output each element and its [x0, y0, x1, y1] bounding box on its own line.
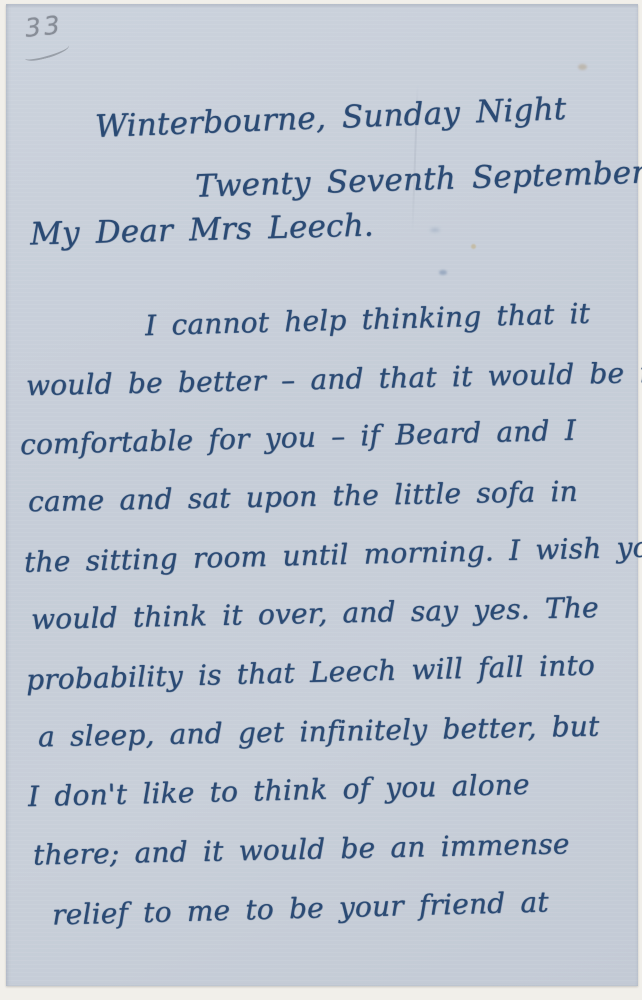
archival-page-number: 33	[24, 10, 65, 43]
body-line: probability is that Leech will fall into	[26, 649, 596, 697]
pencil-underline-flourish	[23, 41, 71, 64]
body-line: would be better – and that it would be m…	[26, 355, 642, 402]
heading-place-and-day: Winterbourne, Sunday Night	[94, 91, 567, 145]
letter-paper: 33 Winterbourne, Sunday Night Twenty Sev…	[6, 4, 638, 986]
body-line: would think it over, and say yes. The	[31, 591, 599, 636]
body-line: comfortable for you – if Beard and I	[20, 414, 577, 462]
body-line: there; and it would be an immense	[33, 827, 570, 871]
salutation: My Dear Mrs Leech.	[30, 208, 375, 253]
body-line: came and sat upon the little sofa in	[28, 475, 578, 519]
paper-speck	[471, 244, 476, 249]
heading-date: Twenty Seventh September 1849.	[195, 151, 642, 204]
body-line: I cannot help thinking that it	[145, 297, 591, 342]
body-line: a sleep, and get infinitely better, but	[38, 710, 600, 754]
body-line: the sitting room until morning. I wish y…	[24, 530, 642, 579]
ink-smudge	[439, 270, 447, 275]
ink-smudge	[430, 228, 440, 232]
body-line: I don't like to think of you alone	[28, 768, 530, 813]
letter-scan: 33 Winterbourne, Sunday Night Twenty Sev…	[0, 0, 642, 1000]
paper-speck	[578, 64, 587, 70]
body-line: relief to me to be your friend at	[52, 886, 550, 932]
